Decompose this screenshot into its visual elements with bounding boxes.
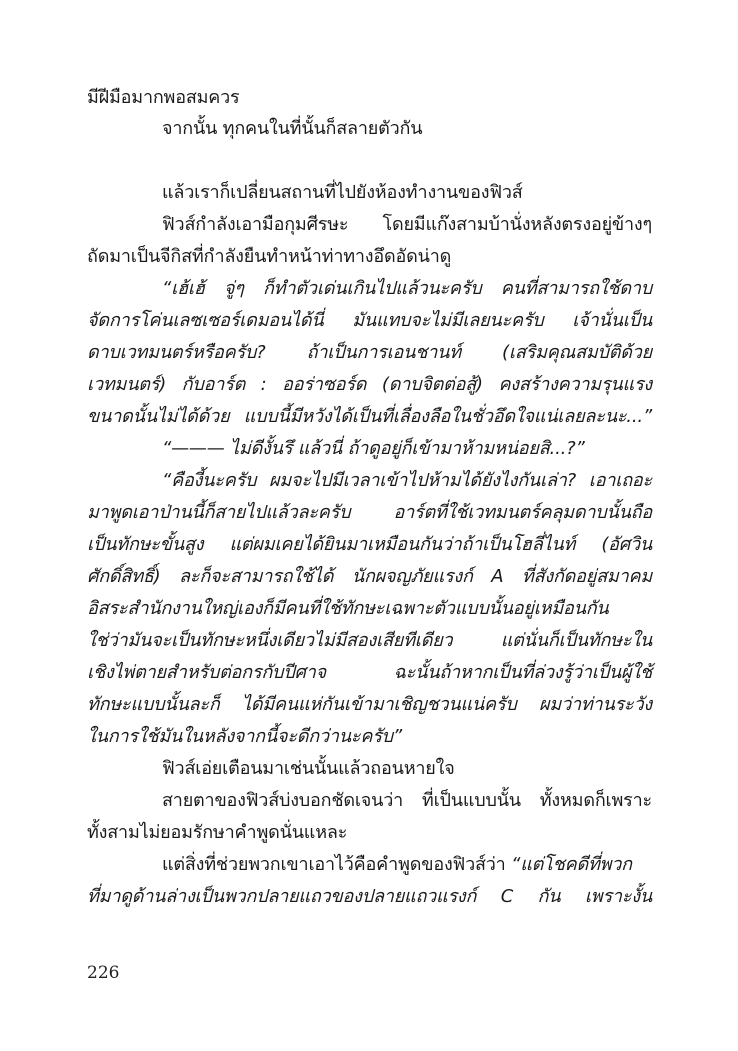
dialogue-line: “คืองี้นะครับ ผมจะไปมีเวลาเข้าไปห้ามได้ย… — [162, 467, 652, 495]
dialogue-line: ใช่ว่ามันจะเป็นทักษะหนึ่งเดียวไม่มีสองเส… — [87, 627, 652, 655]
narration-text: แต่สิ่งที่ช่วยพวกเขาเอาไว้คือคำพูดของฟิว… — [162, 854, 511, 875]
dialogue-line: เป็นทักษะขั้นสูง แต่ผมเคยได้ยินมาเหมือนก… — [87, 531, 652, 559]
dialogue-line: “เฮ้เฮ้ จู่ๆ ก็ทำตัวเด่นเกินไปแล้วนะครับ… — [162, 275, 652, 303]
text-line: มีฝีมือมากพอสมควร — [87, 84, 240, 112]
text-line: ฟิวส์กำลังเอามือกุมศีรษะ โดยมีแก๊งสามบ้า… — [162, 211, 652, 239]
dialogue-line: เชิงไพ่ตายสำหรับต่อกรกับปีศาจ ฉะนั้นถ้าห… — [87, 659, 652, 687]
text-line: ทั้งสามไม่ยอมรักษาคำพูดนั่นแหละ — [87, 819, 347, 847]
dialogue-line: “——— ไม่ดีงั้นรึ แล้วนี่ ถ้าดูอยู่ก็เข้า… — [162, 435, 585, 463]
text-line: สายตาของฟิวส์บ่งบอกชัดเจนว่า ที่เป็นแบบน… — [162, 787, 652, 815]
dialogue-line: ทักษะแบบนั้นละก็ ได้มีคนแห่กันเข้ามาเชิญ… — [87, 691, 652, 719]
dialogue-line: ขนาดนั้นไม่ได้ด้วย แบบนี้มีหวังได้เป็นที… — [87, 403, 652, 431]
dialogue-line: ดาบเวทมนตร์หรือครับ? ถ้าเป็นการเอนชานท์ … — [87, 339, 652, 367]
dialogue-line: อิสระสำนักงานใหญ่เองก็มีคนที่ใช้ทักษะเฉพ… — [87, 595, 652, 623]
dialogue-text: “แต่โชคดีที่พวก — [511, 854, 632, 875]
dialogue-line: ศักดิ์สิทธิ์) ละก็จะสามารถใช้ได้ นักผจญภ… — [87, 563, 652, 591]
text-line: แล้วเราก็เปลี่ยนสถานที่ไปยังห้องทำงานของ… — [162, 179, 523, 207]
text-line: แต่สิ่งที่ช่วยพวกเขาเอาไว้คือคำพูดของฟิว… — [162, 851, 632, 879]
text-line: ถัดมาเป็นจีกิสที่กำลังยืนทำหน้าท่าทางอึด… — [87, 243, 451, 271]
dialogue-line: เวทมนตร์) กับอาร์ต : ออร่าซอร์ด (ดาบจิตต… — [87, 371, 652, 399]
book-page: มีฝีมือมากพอสมควร จากนั้น ทุกคนในที่นั้น… — [0, 0, 738, 1051]
dialogue-line: มาพูดเอาป่านนี้ก็สายไปแล้วละครับ อาร์ตที… — [87, 499, 652, 527]
text-line: จากนั้น ทุกคนในที่นั้นก็สลายตัวกัน — [162, 115, 422, 143]
dialogue-line: จัดการโค่นเลซเซอร์เดมอนได้นี่ มันแทบจะไม… — [87, 307, 652, 335]
text-line: ฟิวส์เอ่ยเตือนมาเช่นนั้นแล้วถอนหายใจ — [162, 755, 455, 783]
page-number: 226 — [87, 962, 119, 984]
dialogue-line: ในการใช้มันในหลังจากนี้จะดีกว่านะครับ” — [87, 723, 402, 751]
dialogue-line: ที่มาดูด้านล่างเป็นพวกปลายแถวของปลายแถวแ… — [87, 883, 652, 911]
